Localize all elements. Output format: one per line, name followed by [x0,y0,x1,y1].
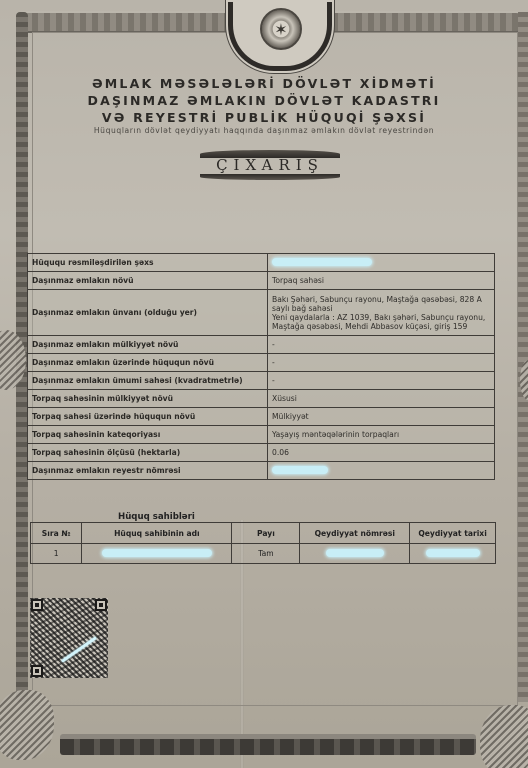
field-label: Daşınmaz əmlakın üzərində hüququn növü [28,354,268,372]
field-value-text: Bakı Şəhəri, Sabunçu rayonu, Maştağa qəs… [272,295,490,313]
field-label: Torpaq sahəsi üzərində hüququn növü [28,408,268,426]
owner-index: 1 [31,544,82,564]
table-row: Torpaq sahəsi üzərində hüququn növüMülki… [28,408,495,426]
table-row: Daşınmaz əmlakın üzərində hüququn növü- [28,354,495,372]
field-value: Xüsusi [268,390,495,408]
field-label: Daşınmaz əmlakın ünvanı (olduğu yer) [28,290,268,336]
table-row: Torpaq sahəsinin ölçüsü (hektarla)0.06 [28,444,495,462]
field-value: Yaşayış məntəqələrinin torpaqları [268,426,495,444]
owner-reg-number [300,544,410,564]
field-value [268,462,495,480]
field-value-text: - [272,358,490,367]
redacted-value [102,549,212,557]
banner-ornament-bottom [200,174,340,180]
field-value: - [268,372,495,390]
field-label: Daşınmaz əmlakın növü [28,272,268,290]
table-row: Daşınmaz əmlakın növüTorpaq sahəsi [28,272,495,290]
field-value: - [268,354,495,372]
owner-name [82,544,232,564]
field-value: 0.06 [268,444,495,462]
redacted-value [326,549,384,557]
redacted-value [272,258,372,266]
redacted-value [426,549,480,557]
owners-caption: Hüquq sahibləri [118,512,195,522]
field-label: Torpaq sahəsinin ölçüsü (hektarla) [28,444,268,462]
field-label: Daşınmaz əmlakın mülkiyyət növü [28,336,268,354]
field-value: - [268,336,495,354]
field-value-text: Yaşayış məntəqələrinin torpaqları [272,430,490,439]
column-header: Qeydiyyat tarixi [410,523,496,544]
table-row: 1Tam [31,544,496,564]
qr-code-icon [30,598,108,678]
field-value: Torpaq sahəsi [268,272,495,290]
qr-finder-pattern [31,665,43,677]
qr-finder-pattern [31,599,43,611]
ornamental-border-bottom [60,734,476,755]
table-row: Hüququ rəsmiləşdirilən şəxs [28,254,495,272]
field-value-text: Mülkiyyət [272,412,490,421]
field-label: Daşınmaz əmlakın ümumi sahəsi (kvadratme… [28,372,268,390]
qr-finder-pattern [95,599,107,611]
field-value: Mülkiyyət [268,408,495,426]
column-header: Qeydiyyat nömrəsi [300,523,410,544]
owner-reg-date [410,544,496,564]
field-value-text: Xüsusi [272,394,490,403]
coat-of-arms-emblem-icon: ✶ [260,8,302,50]
redacted-value [272,466,328,474]
table-row: Torpaq sahəsinin mülkiyyət növüXüsusi [28,390,495,408]
agency-title-line-1: ƏMLAK MƏSƏLƏLƏRİ DÖVLƏT XİDMƏTİ [0,76,528,91]
column-header: Hüquq sahibinin adı [82,523,232,544]
owners-table: Sıra №Hüquq sahibinin adıPayıQeydiyyat n… [30,522,496,564]
document-subtitle: Hüquqların dövlət qeydiyyatı haqqında da… [0,126,528,135]
column-header: Payı [232,523,300,544]
field-value-text: 0.06 [272,448,490,457]
field-value-text-new-format: Yeni qaydalarla : AZ 1039, Bakı şəhəri, … [272,313,490,331]
field-value-text: - [272,340,490,349]
field-label: Daşınmaz əmlakın reyestr nömrəsi [28,462,268,480]
field-label: Hüququ rəsmiləşdirilən şəxs [28,254,268,272]
field-label: Torpaq sahəsinin kateqoriyası [28,426,268,444]
agency-title-line-3: VƏ REYESTRİ PUBLİK HÜQUQİ ŞƏXSİ [0,110,528,125]
field-value: Bakı Şəhəri, Sabunçu rayonu, Maştağa qəs… [268,290,495,336]
column-header: Sıra № [31,523,82,544]
table-row: Torpaq sahəsinin kateqoriyasıYaşayış mən… [28,426,495,444]
document-title-banner: ÇIXARIŞ [200,150,340,180]
field-value-text: Torpaq sahəsi [272,276,490,285]
agency-title-line-2: DAŞINMAZ ƏMLAKIN DÖVLƏT KADASTRI [0,93,528,108]
table-row: Daşınmaz əmlakın mülkiyyət növü- [28,336,495,354]
redaction-mark [61,636,97,663]
table-row: Daşınmaz əmlakın ünvanı (olduğu yer)Bakı… [28,290,495,336]
owner-share: Tam [232,544,300,564]
document-title: ÇIXARIŞ [200,156,340,174]
property-info-table: Hüququ rəsmiləşdirilən şəxsDaşınmaz əmla… [27,253,495,480]
field-label: Torpaq sahəsinin mülkiyyət növü [28,390,268,408]
table-row: Daşınmaz əmlakın reyestr nömrəsi [28,462,495,480]
field-value [268,254,495,272]
field-value-text: - [272,376,490,385]
table-row: Daşınmaz əmlakın ümumi sahəsi (kvadratme… [28,372,495,390]
